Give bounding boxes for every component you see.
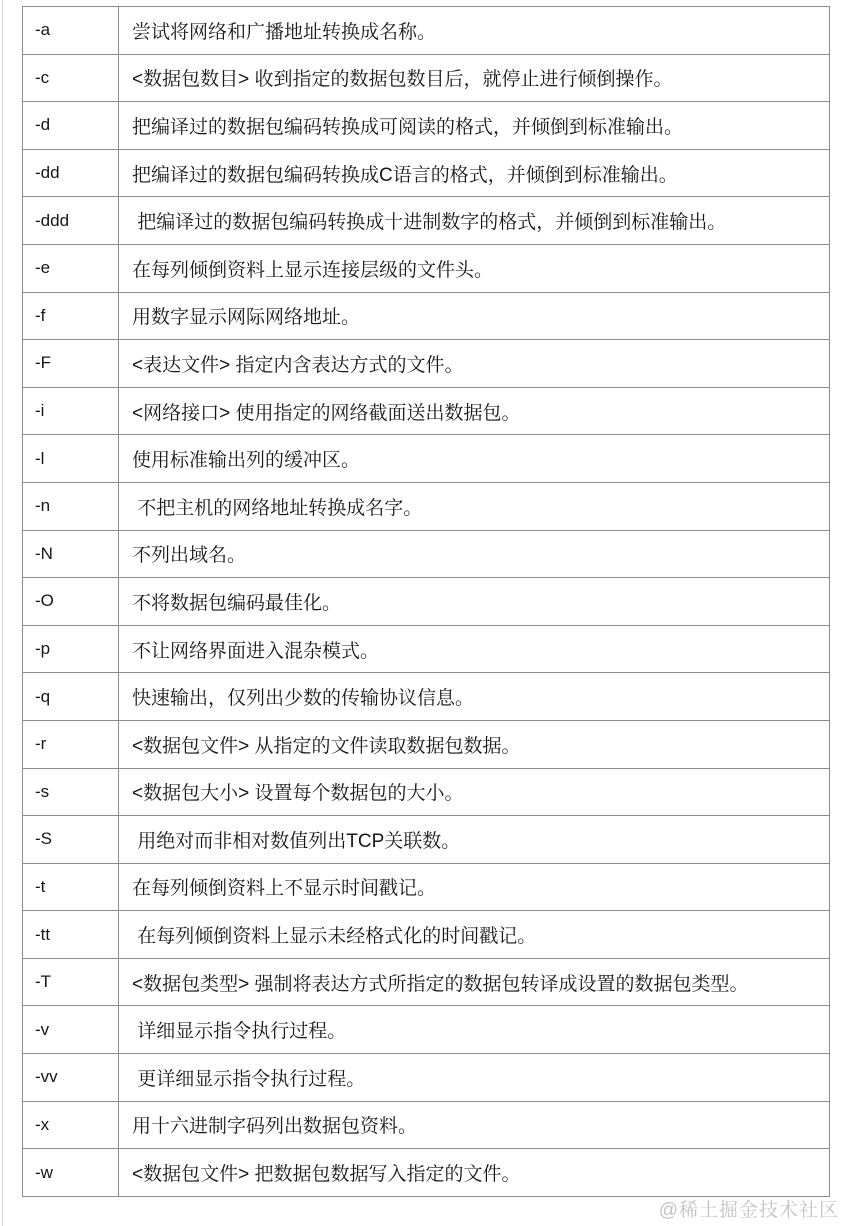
options-table-body: -a 尝试将网络和广播地址转换成名称。 -c <数据包数目> 收到指定的数据包数…: [23, 7, 830, 1197]
table-row: -F <表达文件> 指定内含表达方式的文件。: [23, 340, 830, 388]
option-desc-cell: 用数字显示网际网络地址。: [119, 292, 830, 340]
table-row: -q 快速输出，仅列出少数的传输协议信息。: [23, 673, 830, 721]
option-flag-cell: -d: [23, 102, 119, 150]
option-desc-cell: 不让网络界面进入混杂模式。: [119, 625, 830, 673]
table-row: -f 用数字显示网际网络地址。: [23, 292, 830, 340]
option-desc-cell: <表达文件> 指定内含表达方式的文件。: [119, 340, 830, 388]
left-edge-line: [2, 0, 3, 1226]
table-row: -tt 在每列倾倒资料上显示未经格式化的时间戳记。: [23, 911, 830, 959]
option-desc-cell: 把编译过的数据包编码转换成十进制数字的格式，并倾倒到标准输出。: [119, 197, 830, 245]
option-flag-cell: -w: [23, 1149, 119, 1197]
option-desc-cell: 不把主机的网络地址转换成名字。: [119, 482, 830, 530]
table-row: -ddd 把编译过的数据包编码转换成十进制数字的格式，并倾倒到标准输出。: [23, 197, 830, 245]
table-row: -s <数据包大小> 设置每个数据包的大小。: [23, 768, 830, 816]
option-flag-cell: -O: [23, 578, 119, 626]
option-flag-cell: -q: [23, 673, 119, 721]
option-desc-cell: <网络接口> 使用指定的网络截面送出数据包。: [119, 387, 830, 435]
option-desc-cell: 尝试将网络和广播地址转换成名称。: [119, 7, 830, 55]
table-row: -x 用十六进制字码列出数据包资料。: [23, 1101, 830, 1149]
option-desc-cell: <数据包类型> 强制将表达方式所指定的数据包转译成设置的数据包类型。: [119, 958, 830, 1006]
option-flag-cell: -s: [23, 768, 119, 816]
option-desc-cell: 在每列倾倒资料上不显示时间戳记。: [119, 863, 830, 911]
table-row: -p 不让网络界面进入混杂模式。: [23, 625, 830, 673]
table-row: -S 用绝对而非相对数值列出TCP关联数。: [23, 816, 830, 864]
option-desc-cell: 更详细显示指令执行过程。: [119, 1054, 830, 1102]
option-flag-cell: -e: [23, 244, 119, 292]
option-flag-cell: -l: [23, 435, 119, 483]
option-desc-cell: <数据包文件> 从指定的文件读取数据包数据。: [119, 720, 830, 768]
option-flag-cell: -S: [23, 816, 119, 864]
table-row: -r <数据包文件> 从指定的文件读取数据包数据。: [23, 720, 830, 768]
table-row: -l 使用标准输出列的缓冲区。: [23, 435, 830, 483]
option-flag-cell: -vv: [23, 1054, 119, 1102]
page: -a 尝试将网络和广播地址转换成名称。 -c <数据包数目> 收到指定的数据包数…: [0, 0, 845, 1226]
option-flag-cell: -t: [23, 863, 119, 911]
option-flag-cell: -dd: [23, 149, 119, 197]
table-row: -d 把编译过的数据包编码转换成可阅读的格式，并倾倒到标准输出。: [23, 102, 830, 150]
option-flag-cell: -tt: [23, 911, 119, 959]
table-row: -dd 把编译过的数据包编码转换成C语言的格式，并倾倒到标准输出。: [23, 149, 830, 197]
option-flag-cell: -i: [23, 387, 119, 435]
option-desc-cell: 用绝对而非相对数值列出TCP关联数。: [119, 816, 830, 864]
table-row: -v 详细显示指令执行过程。: [23, 1006, 830, 1054]
option-desc-cell: 用十六进制字码列出数据包资料。: [119, 1101, 830, 1149]
table-row: -a 尝试将网络和广播地址转换成名称。: [23, 7, 830, 55]
table-row: -O 不将数据包编码最佳化。: [23, 578, 830, 626]
option-flag-cell: -T: [23, 958, 119, 1006]
option-desc-cell: 在每列倾倒资料上显示连接层级的文件头。: [119, 244, 830, 292]
option-flag-cell: -ddd: [23, 197, 119, 245]
table-row: -e 在每列倾倒资料上显示连接层级的文件头。: [23, 244, 830, 292]
table-row: -T <数据包类型> 强制将表达方式所指定的数据包转译成设置的数据包类型。: [23, 958, 830, 1006]
table-row: -n 不把主机的网络地址转换成名字。: [23, 482, 830, 530]
table-row: -c <数据包数目> 收到指定的数据包数目后，就停止进行倾倒操作。: [23, 54, 830, 102]
table-row: -w <数据包文件> 把数据包数据写入指定的文件。: [23, 1149, 830, 1197]
option-desc-cell: 把编译过的数据包编码转换成C语言的格式，并倾倒到标准输出。: [119, 149, 830, 197]
option-flag-cell: -p: [23, 625, 119, 673]
option-desc-cell: <数据包数目> 收到指定的数据包数目后，就停止进行倾倒操作。: [119, 54, 830, 102]
option-flag-cell: -f: [23, 292, 119, 340]
option-flag-cell: -N: [23, 530, 119, 578]
table-row: -vv 更详细显示指令执行过程。: [23, 1054, 830, 1102]
option-desc-cell: 详细显示指令执行过程。: [119, 1006, 830, 1054]
option-desc-cell: 不将数据包编码最佳化。: [119, 578, 830, 626]
tcpdump-options-table: -a 尝试将网络和广播地址转换成名称。 -c <数据包数目> 收到指定的数据包数…: [22, 6, 830, 1197]
option-flag-cell: -a: [23, 7, 119, 55]
option-desc-cell: 在每列倾倒资料上显示未经格式化的时间戳记。: [119, 911, 830, 959]
option-desc-cell: <数据包大小> 设置每个数据包的大小。: [119, 768, 830, 816]
option-flag-cell: -n: [23, 482, 119, 530]
watermark: @稀土掘金技术社区: [659, 1195, 839, 1222]
option-desc-cell: 不列出域名。: [119, 530, 830, 578]
option-desc-cell: <数据包文件> 把数据包数据写入指定的文件。: [119, 1149, 830, 1197]
option-flag-cell: -F: [23, 340, 119, 388]
table-row: -t 在每列倾倒资料上不显示时间戳记。: [23, 863, 830, 911]
option-flag-cell: -v: [23, 1006, 119, 1054]
option-flag-cell: -x: [23, 1101, 119, 1149]
option-desc-cell: 使用标准输出列的缓冲区。: [119, 435, 830, 483]
table-row: -i <网络接口> 使用指定的网络截面送出数据包。: [23, 387, 830, 435]
option-desc-cell: 把编译过的数据包编码转换成可阅读的格式，并倾倒到标准输出。: [119, 102, 830, 150]
option-desc-cell: 快速输出，仅列出少数的传输协议信息。: [119, 673, 830, 721]
option-flag-cell: -r: [23, 720, 119, 768]
option-flag-cell: -c: [23, 54, 119, 102]
table-row: -N 不列出域名。: [23, 530, 830, 578]
